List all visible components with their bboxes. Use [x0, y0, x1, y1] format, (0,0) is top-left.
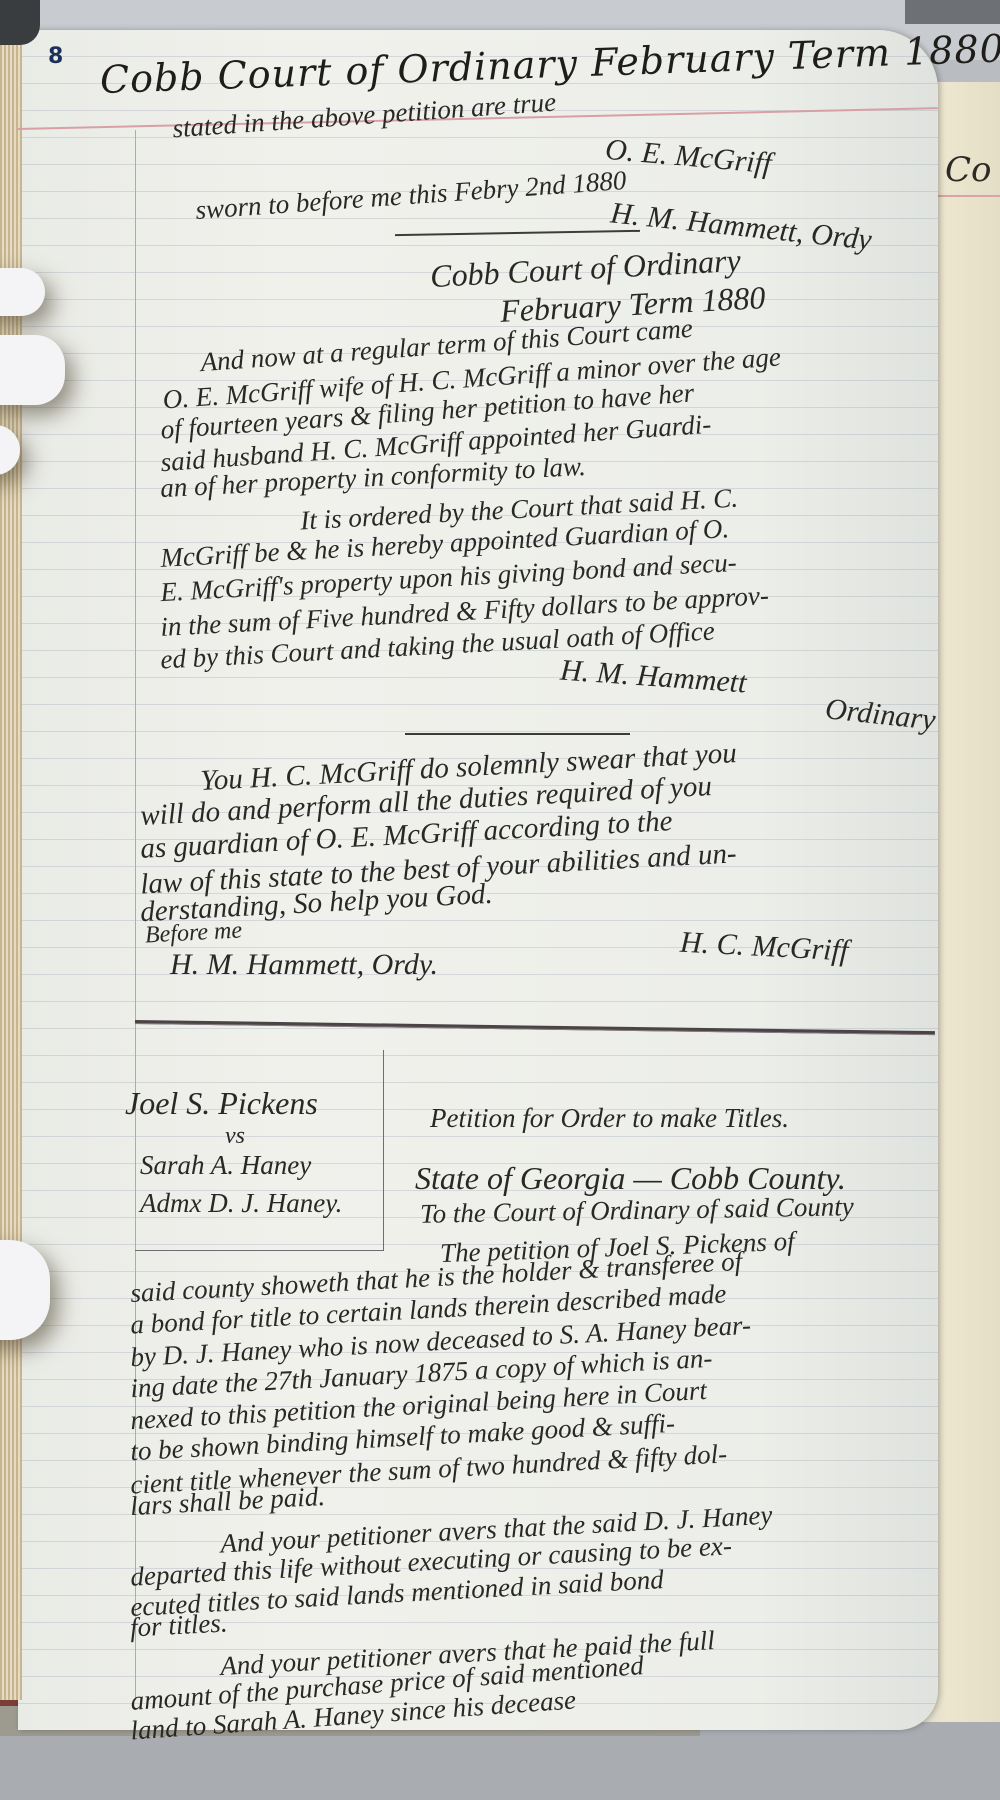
scanner-frame	[905, 0, 1000, 24]
petition-title: Petition for Order to make Titles.	[430, 1103, 789, 1133]
case-plaintiff: Joel S. Pickens	[125, 1085, 318, 1122]
petition-state-line: State of Georgia — Cobb County.	[415, 1160, 846, 1197]
oath-officiant-signature: H. M. Hammett, Ordy.	[170, 948, 438, 982]
corner-shadow	[0, 0, 40, 45]
case-defendant: Sarah A. Haney	[140, 1150, 311, 1180]
oath-before-me: Before me	[144, 917, 242, 949]
case-versus: vs	[225, 1123, 245, 1150]
case-defendant-role: Admx D. J. Haney.	[140, 1188, 342, 1218]
petition-line: for titles.	[129, 1607, 228, 1642]
page-number: 8	[48, 44, 63, 69]
glove-finger	[0, 335, 65, 405]
next-page-fragment: Co	[945, 150, 991, 190]
section-divider	[405, 733, 630, 735]
